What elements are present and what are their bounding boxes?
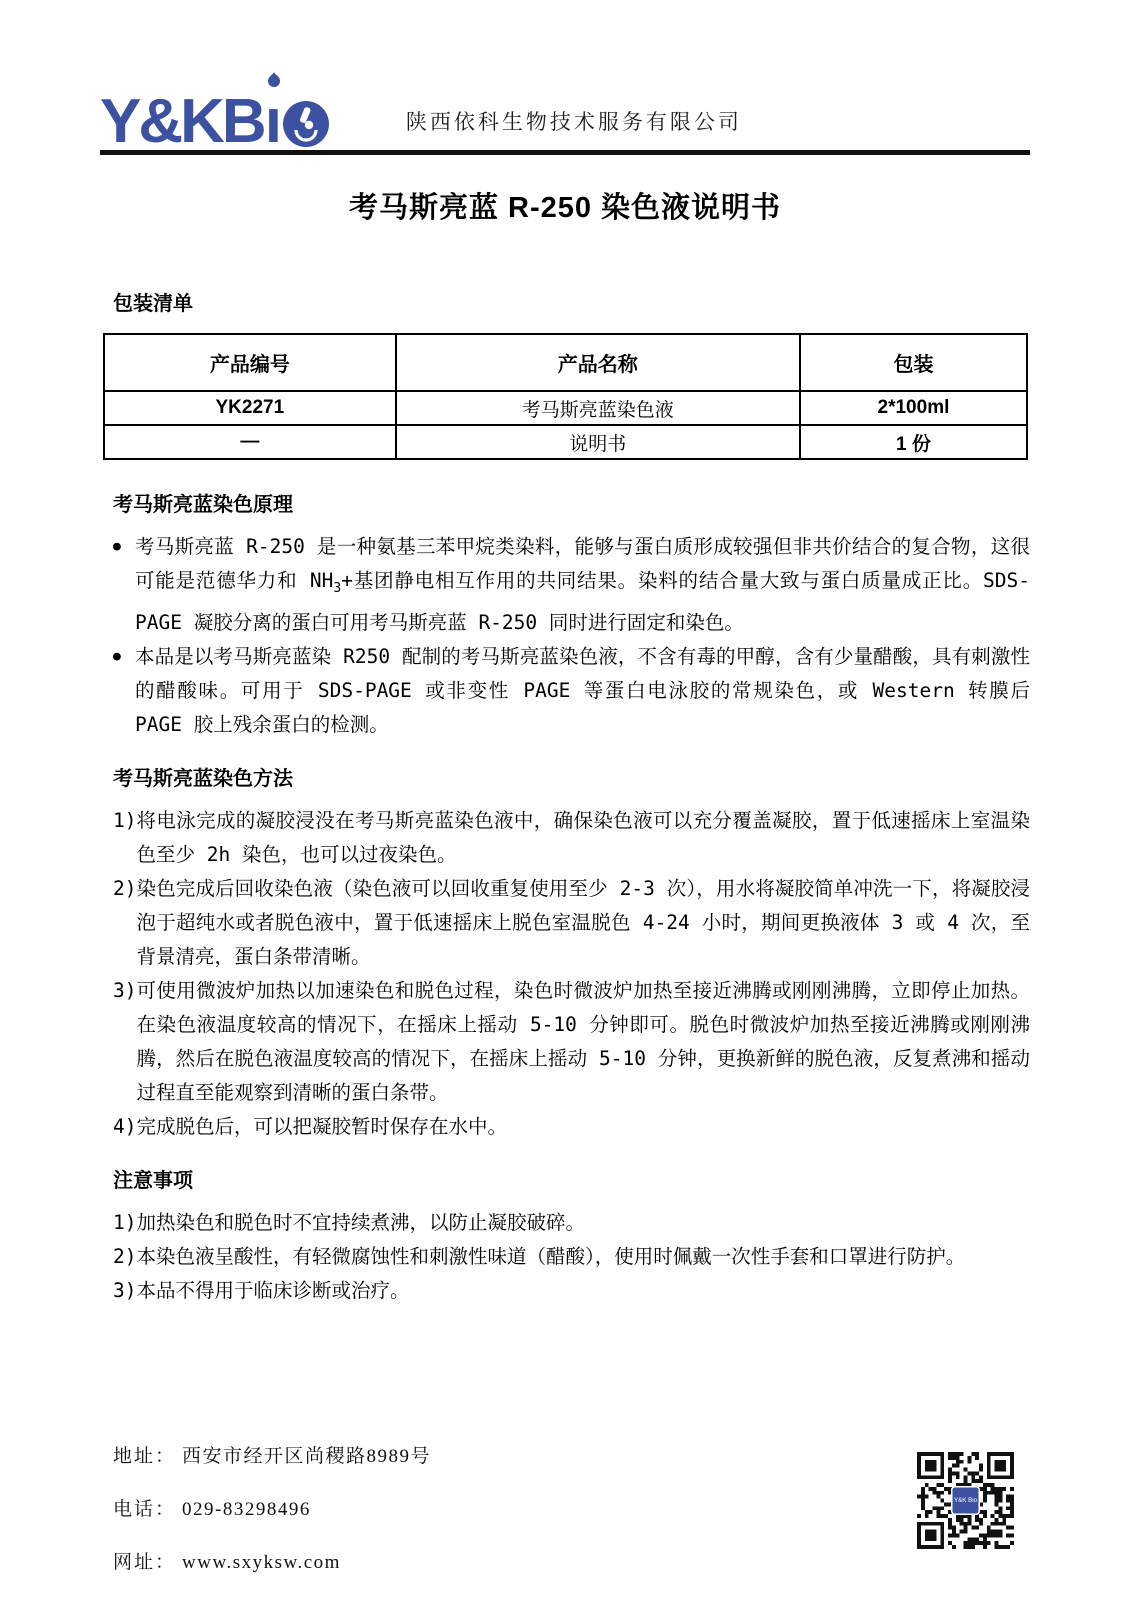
list-marker: 1) xyxy=(100,1206,136,1240)
bullet-item: ● 本品是以考马斯亮蓝染 R250 配制的考马斯亮蓝染色液，不含有毒的甲醇，含有… xyxy=(100,640,1030,742)
list-marker: 2) xyxy=(100,1240,136,1274)
bullet-icon: ● xyxy=(100,530,135,640)
cell-product-name: 考马斯亮蓝染色液 xyxy=(396,391,800,425)
section-heading-principle: 考马斯亮蓝染色原理 xyxy=(100,492,1030,518)
section-heading-method: 考马斯亮蓝染色方法 xyxy=(100,766,1030,792)
notes-list: 1) 加热染色和脱色时不宜持续煮沸，以防止凝胶破碎。 2) 本染色液呈酸性，有轻… xyxy=(100,1206,1030,1308)
method-list: 1) 将电泳完成的凝胶浸没在考马斯亮蓝染色液中，确保染色液可以充分覆盖凝胶，置于… xyxy=(100,804,1030,1144)
table-row: — 说明书 1 份 xyxy=(104,425,1027,459)
list-item-text: 本染色液呈酸性，有轻微腐蚀性和刺激性味道（醋酸），使用时佩戴一次性手套和口罩进行… xyxy=(136,1240,1030,1274)
packing-table: 产品编号 产品名称 包装 YK2271 考马斯亮蓝染色液 2*100ml — 说… xyxy=(103,333,1028,460)
table-header-product-code: 产品编号 xyxy=(104,334,396,391)
list-marker: 4) xyxy=(100,1110,136,1144)
phone-value: 029-83298496 xyxy=(182,1499,311,1521)
bullet-item: ● 考马斯亮蓝 R-250 是一种氨基三苯甲烷类染料，能够与蛋白质形成较强但非共… xyxy=(100,530,1030,640)
header: Y&KBı 陕西依科生物技术服务有限公司 xyxy=(100,0,1030,148)
bullet-text: 考马斯亮蓝 R-250 是一种氨基三苯甲烷类染料，能够与蛋白质形成较强但非共价结… xyxy=(135,530,1030,640)
cell-pack: 1 份 xyxy=(800,425,1027,459)
qr-code: Y&K Bio xyxy=(917,1452,1014,1549)
bullet-icon: ● xyxy=(100,640,135,742)
table-header-row: 产品编号 产品名称 包装 xyxy=(104,334,1027,391)
section-heading-packing: 包装清单 xyxy=(100,291,1030,317)
table-header-product-name: 产品名称 xyxy=(396,334,800,391)
address-label: 地址： xyxy=(113,1441,176,1468)
cell-pack: 2*100ml xyxy=(800,391,1027,425)
microscope-icon xyxy=(282,100,330,152)
footer-address: 地址： 西安市经开区尚稷路8989号 xyxy=(113,1441,431,1465)
list-marker: 3) xyxy=(100,974,136,1110)
list-item-text: 本品不得用于临床诊断或治疗。 xyxy=(136,1274,1030,1308)
list-item-text: 染色完成后回收染色液（染色液可以回收重复使用至少 2-3 次），用水将凝胶简单冲… xyxy=(136,872,1030,974)
principle-list: ● 考马斯亮蓝 R-250 是一种氨基三苯甲烷类染料，能够与蛋白质形成较强但非共… xyxy=(100,530,1030,742)
website-label: 网址： xyxy=(113,1547,176,1574)
list-item-text: 完成脱色后，可以把凝胶暂时保存在水中。 xyxy=(136,1110,1030,1144)
list-item-text: 可使用微波炉加热以加速染色和脱色过程，染色时微波炉加热至接近沸腾或刚刚沸腾，立即… xyxy=(136,974,1030,1110)
footer-phone: 电话： 029-83298496 xyxy=(113,1494,431,1518)
table-row: YK2271 考马斯亮蓝染色液 2*100ml xyxy=(104,391,1027,425)
bullet-text: 本品是以考马斯亮蓝染 R250 配制的考马斯亮蓝染色液，不含有毒的甲醇，含有少量… xyxy=(135,640,1030,742)
company-logo: Y&KBı xyxy=(100,96,330,148)
company-name: 陕西依科生物技术服务有限公司 xyxy=(406,106,742,148)
footer: 地址： 西安市经开区尚稷路8989号 电话： 029-83298496 网址： … xyxy=(113,1441,431,1598)
cell-product-code: — xyxy=(104,425,396,459)
logo-letter-i: ı xyxy=(265,97,279,148)
phone-label: 电话： xyxy=(113,1494,176,1521)
list-item: 3) 可使用微波炉加热以加速染色和脱色过程，染色时微波炉加热至接近沸腾或刚刚沸腾… xyxy=(100,974,1030,1110)
list-item: 4) 完成脱色后，可以把凝胶暂时保存在水中。 xyxy=(100,1110,1030,1144)
address-value: 西安市经开区尚稷路8989号 xyxy=(182,1441,431,1468)
list-item: 1) 加热染色和脱色时不宜持续煮沸，以防止凝胶破碎。 xyxy=(100,1206,1030,1240)
list-marker: 2) xyxy=(100,872,136,974)
cell-product-name: 说明书 xyxy=(396,425,800,459)
page-title: 考马斯亮蓝 R-250 染色液说明书 xyxy=(100,191,1030,225)
list-item: 2) 染色完成后回收染色液（染色液可以回收重复使用至少 2-3 次），用水将凝胶… xyxy=(100,872,1030,974)
list-marker: 1) xyxy=(100,804,136,872)
svg-text:Y&K Bio: Y&K Bio xyxy=(954,1497,978,1504)
list-item: 3) 本品不得用于临床诊断或治疗。 xyxy=(100,1274,1030,1308)
list-item: 2) 本染色液呈酸性，有轻微腐蚀性和刺激性味道（醋酸），使用时佩戴一次性手套和口… xyxy=(100,1240,1030,1274)
logo-text: Y&KB xyxy=(100,97,264,148)
list-marker: 3) xyxy=(100,1274,136,1308)
table-header-pack: 包装 xyxy=(800,334,1027,391)
section-heading-notes: 注意事项 xyxy=(100,1168,1030,1194)
footer-website: 网址： www.sxyksw.com xyxy=(113,1547,431,1571)
cell-product-code: YK2271 xyxy=(104,391,396,425)
list-item: 1) 将电泳完成的凝胶浸没在考马斯亮蓝染色液中，确保染色液可以充分覆盖凝胶，置于… xyxy=(100,804,1030,872)
list-item-text: 加热染色和脱色时不宜持续煮沸，以防止凝胶破碎。 xyxy=(136,1206,1030,1240)
document-page: Y&KBı 陕西依科生物技术服务有限公司 考马斯亮蓝 R-250 染色液说明书 … xyxy=(0,0,1130,1308)
list-item-text: 将电泳完成的凝胶浸没在考马斯亮蓝染色液中，确保染色液可以充分覆盖凝胶，置于低速摇… xyxy=(136,804,1030,872)
website-value: www.sxyksw.com xyxy=(182,1552,341,1574)
